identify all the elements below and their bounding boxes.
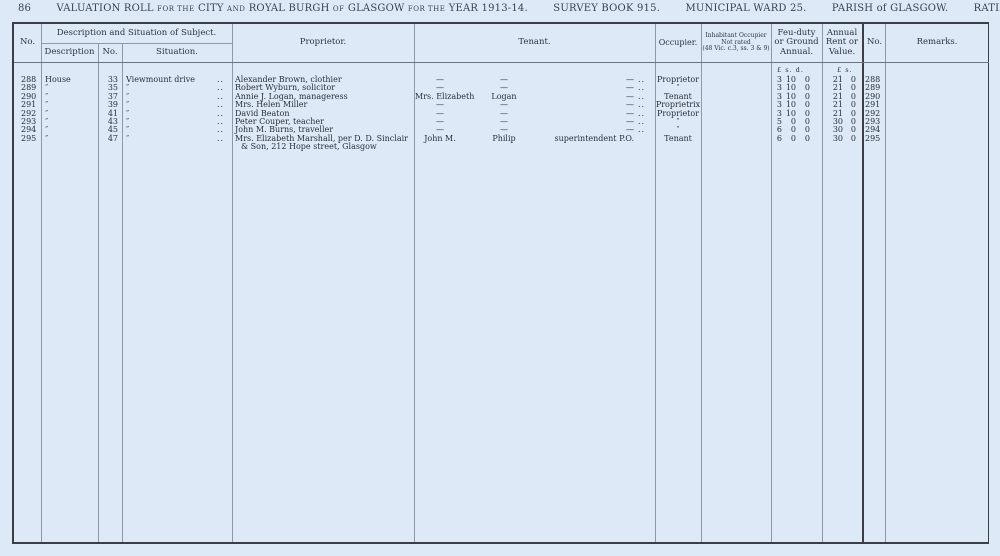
municipal-ward: MUNICIPAL WARD 25. [685, 3, 806, 14]
header-inhabitant-line: (48 Vic. c.3, ss. 3 & 9) [702, 46, 769, 53]
valuation-table: No. Description and Situation of Subject… [12, 22, 989, 544]
header-proprietor: Proprietor. [232, 24, 414, 62]
header-annual-rent: Annual Rent or Value. [822, 24, 862, 62]
header-feu-line: Annual. [780, 48, 813, 57]
table-row-continuation: & Son, 212 Hope street, Glasgow [14, 142, 991, 151]
roll-title: VALUATION ROLL FOR THE CITY AND ROYAL BU… [57, 3, 528, 14]
header-no-right: No. [864, 24, 885, 62]
rating-area: RATING AREA—GLASGOW. [974, 3, 1000, 14]
header-feu-duty: Feu-duty or Ground Annual. [771, 24, 822, 62]
header-rule [14, 62, 989, 63]
header-inhabitant-occupier: Inhabitant Occupier Not rated (48 Vic. c… [701, 24, 771, 62]
header-tenant: Tenant. [414, 24, 655, 62]
survey-book: SURVEY BOOK 915. [553, 3, 660, 14]
page-header: 86 VALUATION ROLL FOR THE CITY AND ROYAL… [18, 3, 990, 14]
rent-units: £ s. [837, 66, 853, 74]
parish: PARISH of GLASGOW. [832, 3, 948, 14]
header-rent-line: Value. [829, 48, 855, 57]
header-no: No. [14, 24, 41, 62]
header-description-group: Description and Situation of Subject. [41, 24, 232, 43]
feu-units: £ s. d. [777, 66, 804, 74]
proprietor-continuation: & Son, 212 Hope street, Glasgow [241, 142, 377, 151]
header-house-no: No. [98, 43, 122, 62]
header-occupier: Occupier. [655, 24, 701, 62]
page-number: 86 [18, 3, 31, 14]
header-description: Description [41, 43, 98, 62]
header-situation: Situation. [122, 43, 232, 62]
header-remarks: Remarks. [885, 24, 989, 62]
